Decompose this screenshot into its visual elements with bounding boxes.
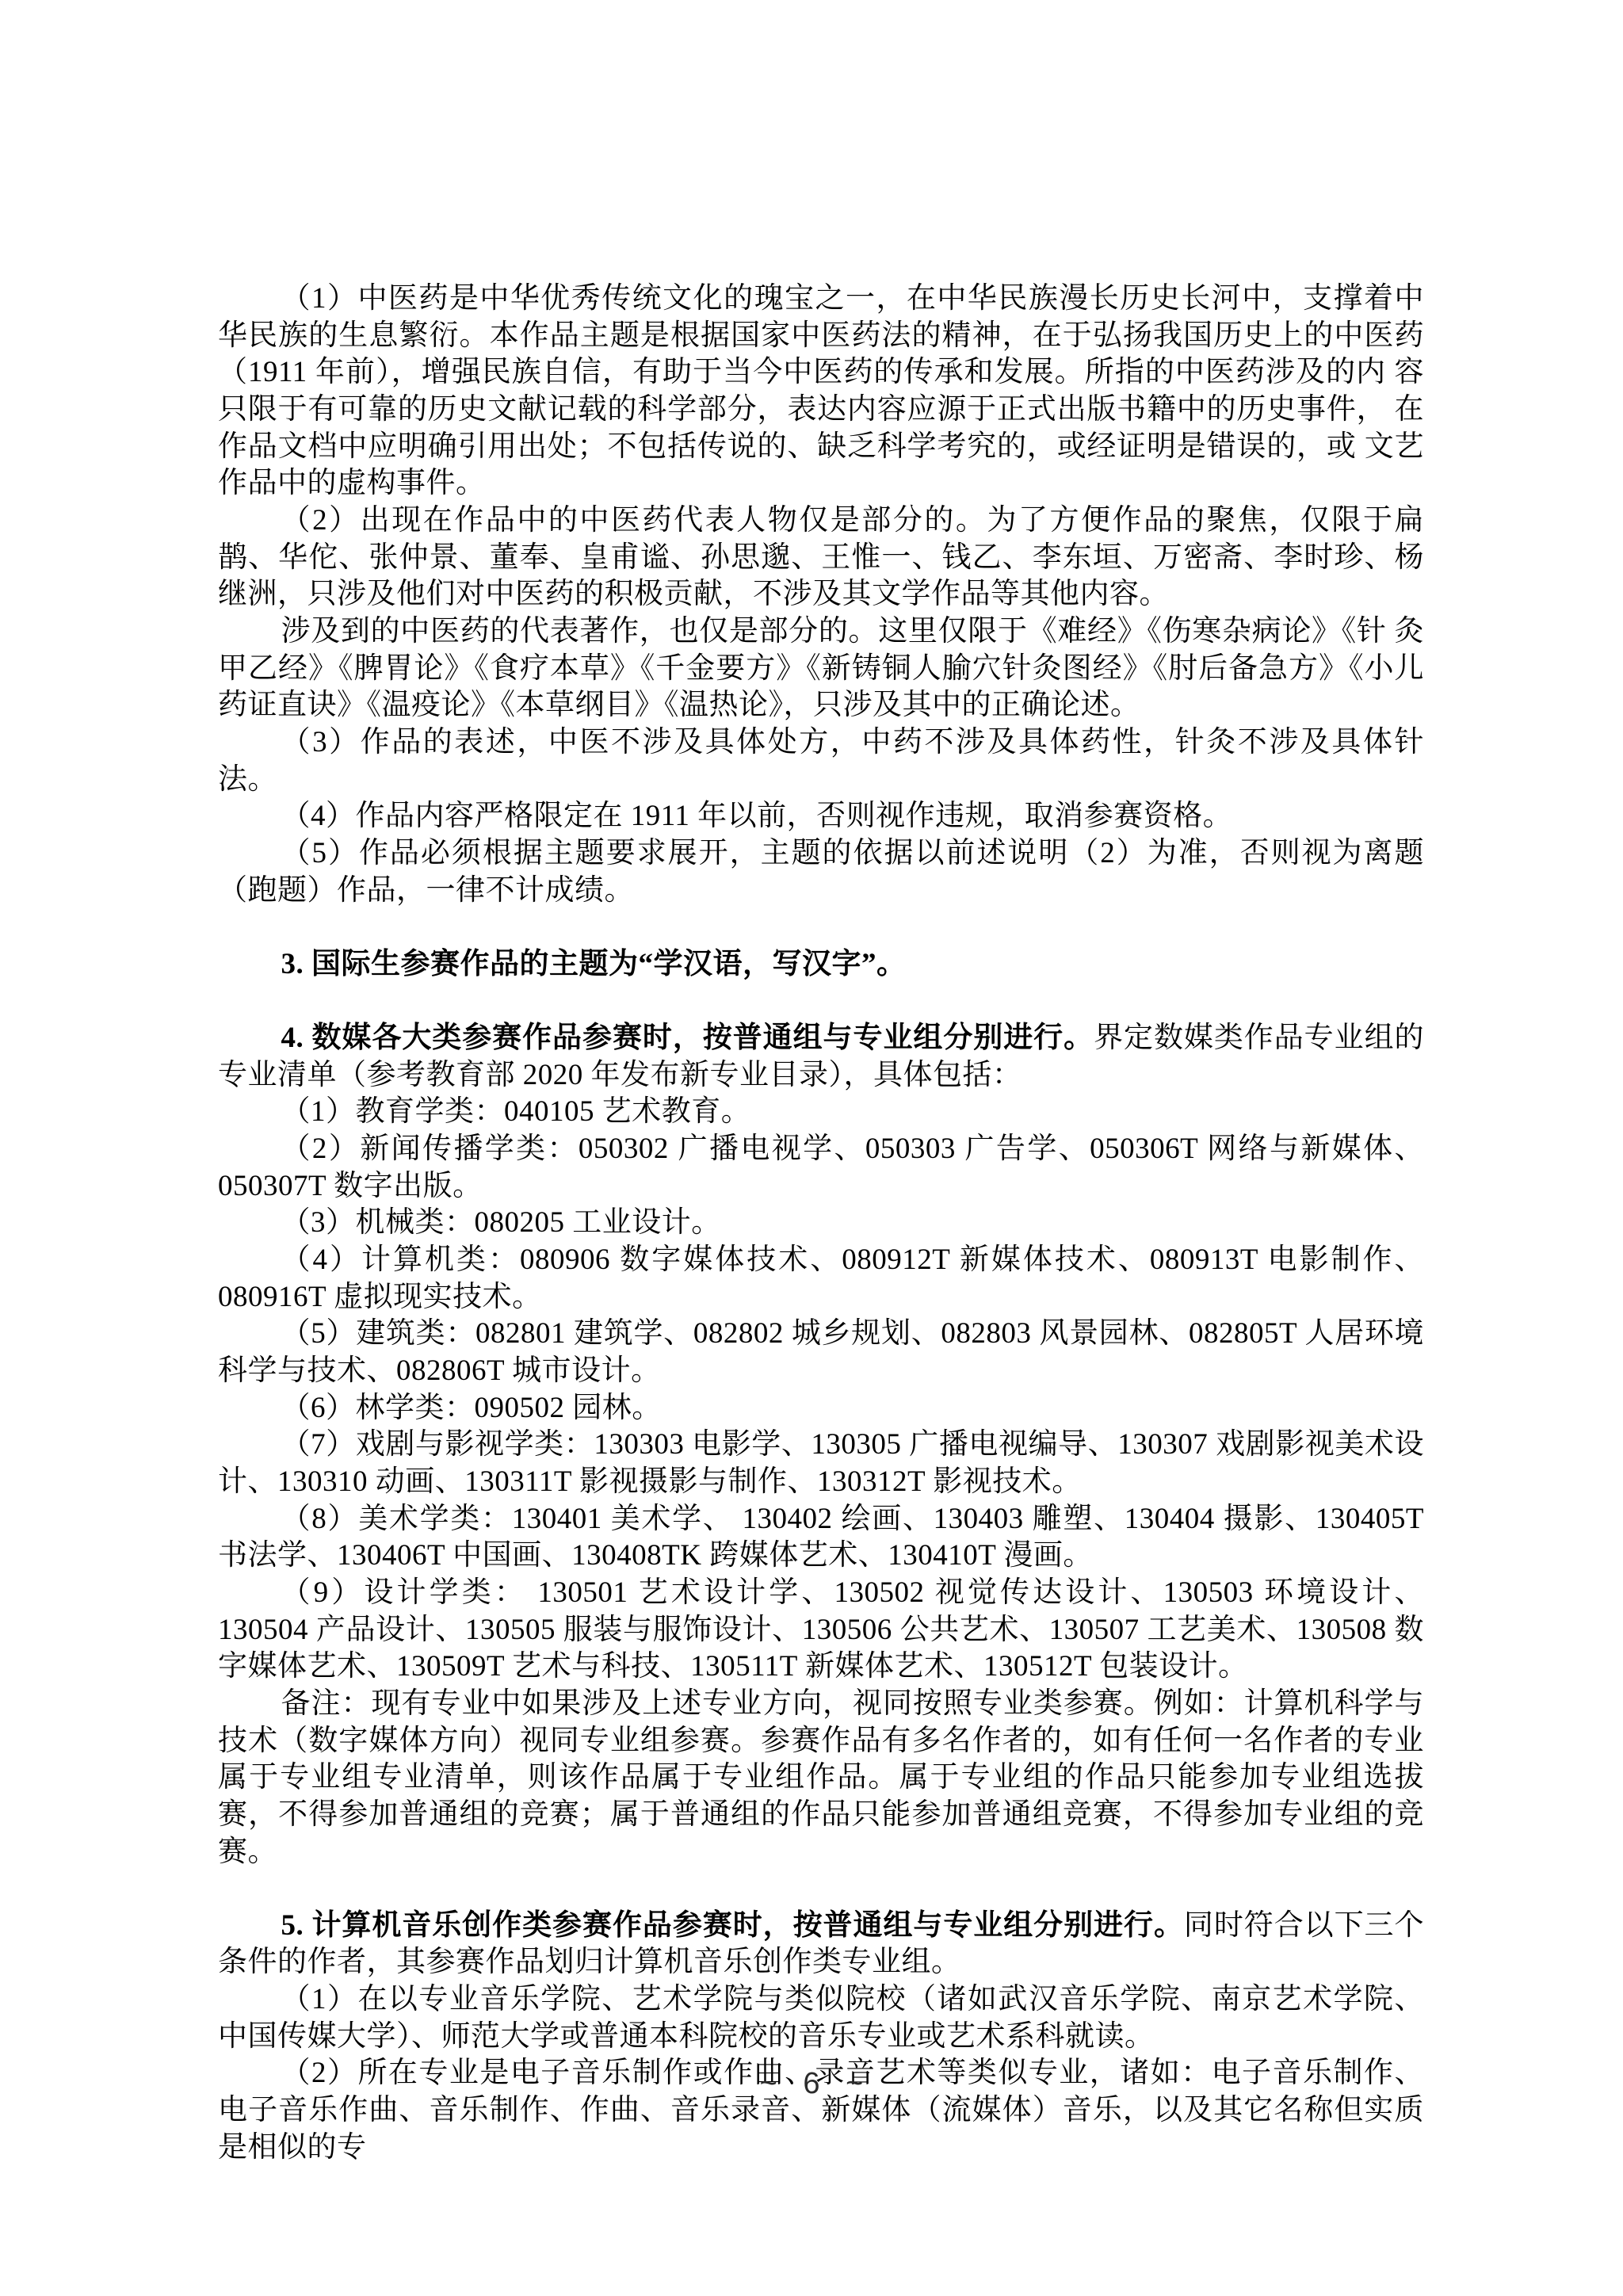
paragraph: （2）出现在作品中的中医药代表人物仅是部分的。为了方便作品的聚焦，仅限于扁鹊、华… bbox=[218, 502, 1424, 613]
paragraph-text: 涉及到的中医药的代表著作，也仅是部分的。这里仅限于《难经》《伤寒杂病论》《针 灸… bbox=[218, 615, 1424, 721]
paragraph: （4）计算机类：080906 数字媒体技术、080912T 新媒体技术、0809… bbox=[218, 1242, 1424, 1316]
paragraph: 5. 计算机音乐创作类参赛作品参赛时，按普通组与专业组分别进行。同时符合以下三个… bbox=[218, 1908, 1424, 1981]
page-number: ~ 6 ~ bbox=[760, 2067, 864, 2100]
paragraph: （3）作品的表述，中医不涉及具体处方，中药不涉及具体药性，针灸不涉及具体针法。 bbox=[218, 724, 1424, 798]
paragraph-text: （2）出现在作品中的中医药代表人物仅是部分的。为了方便作品的聚焦，仅限于扁鹊、华… bbox=[218, 504, 1424, 610]
paragraph-text: （7）戏剧与影视学类：130303 电影学、130305 广播电视编导、1303… bbox=[218, 1428, 1424, 1498]
paragraph-text: （3）作品的表述，中医不涉及具体处方，中药不涉及具体药性，针灸不涉及具体针法。 bbox=[218, 726, 1424, 796]
paragraph-bold-lead: 4. 数媒各大类参赛作品参赛时，按普通组与专业组分别进行。 bbox=[281, 1022, 1094, 1054]
paragraph-text: （8）美术学类：130401 美术学、 130402 绘画、130403 雕塑、… bbox=[218, 1503, 1424, 1572]
paragraph: （1）教育学类：040105 艺术教育。 bbox=[218, 1094, 1424, 1131]
paragraph: 3. 国际生参赛作品的主题为“学汉语，写汉字”。 bbox=[218, 946, 1424, 984]
paragraph: （1）在以专业音乐学院、艺术学院与类似院校（诸如武汉音乐学院、南京艺术学院、中国… bbox=[218, 1981, 1424, 2055]
paragraph: （2）新闻传播学类：050302 广播电视学、050303 广告学、050306… bbox=[218, 1131, 1424, 1205]
paragraph-text: （5）建筑类：082801 建筑学、082802 城乡规划、082803 风景园… bbox=[218, 1317, 1424, 1387]
document-body: （1）中医药是中华优秀传统文化的瑰宝之一，在中华民族漫长历史长河中，支撑着中华民… bbox=[218, 281, 1424, 2166]
paragraph: （8）美术学类：130401 美术学、 130402 绘画、130403 雕塑、… bbox=[218, 1501, 1424, 1575]
paragraph-text: （3）机械类：080205 工业设计。 bbox=[281, 1206, 721, 1239]
paragraph: （7）戏剧与影视学类：130303 电影学、130305 广播电视编导、1303… bbox=[218, 1427, 1424, 1500]
document-page: （1）中医药是中华优秀传统文化的瑰宝之一，在中华民族漫长历史长河中，支撑着中华民… bbox=[0, 0, 1623, 2296]
page-footer: ~ 6 ~ bbox=[0, 2067, 1623, 2101]
paragraph: 备注：现有专业中如果涉及上述专业方向，视同按照专业类参赛。例如：计算机科学与技术… bbox=[218, 1686, 1424, 1870]
paragraph-text: （6）林学类：090502 园林。 bbox=[281, 1392, 662, 1424]
paragraph: （9）设计学类： 130501 艺术设计学、130502 视觉传达设计、1305… bbox=[218, 1575, 1424, 1686]
paragraph-bold-lead: 3. 国际生参赛作品的主题为“学汉语，写汉字”。 bbox=[281, 948, 907, 980]
paragraph: （3）机械类：080205 工业设计。 bbox=[218, 1205, 1424, 1242]
paragraph: （5）建筑类：082801 建筑学、082802 城乡规划、082803 风景园… bbox=[218, 1316, 1424, 1389]
paragraph-text: 备注：现有专业中如果涉及上述专业方向，视同按照专业类参赛。例如：计算机科学与技术… bbox=[218, 1687, 1424, 1868]
paragraph: （5）作品必须根据主题要求展开，主题的依据以前述说明（2）为准，否则视为离题 （… bbox=[218, 835, 1424, 909]
paragraph-text: （1）在以专业音乐学院、艺术学院与类似院校（诸如武汉音乐学院、南京艺术学院、中国… bbox=[218, 1983, 1424, 2053]
paragraph-text: （2）新闻传播学类：050302 广播电视学、050303 广告学、050306… bbox=[218, 1133, 1424, 1202]
paragraph-text: （4）作品内容严格限定在 1911 年以前，否则视作违规，取消参赛资格。 bbox=[281, 800, 1233, 832]
paragraph: 4. 数媒各大类参赛作品参赛时，按普通组与专业组分别进行。界定数媒类作品专业组的… bbox=[218, 1020, 1424, 1094]
paragraph-text: （9）设计学类： 130501 艺术设计学、130502 视觉传达设计、1305… bbox=[218, 1576, 1424, 1683]
paragraph: （4）作品内容严格限定在 1911 年以前，否则视作违规，取消参赛资格。 bbox=[218, 798, 1424, 835]
paragraph-bold-lead: 5. 计算机音乐创作类参赛作品参赛时，按普通组与专业组分别进行。 bbox=[281, 1909, 1184, 1942]
paragraph-text: （1）中医药是中华优秀传统文化的瑰宝之一，在中华民族漫长历史长河中，支撑着中华民… bbox=[218, 282, 1424, 499]
paragraph: 涉及到的中医药的代表著作，也仅是部分的。这里仅限于《难经》《伤寒杂病论》《针 灸… bbox=[218, 613, 1424, 724]
paragraph: （1）中医药是中华优秀传统文化的瑰宝之一，在中华民族漫长历史长河中，支撑着中华民… bbox=[218, 281, 1424, 502]
paragraph-text: （5）作品必须根据主题要求展开，主题的依据以前述说明（2）为准，否则视为离题 （… bbox=[218, 837, 1424, 907]
paragraph-text: （4）计算机类：080906 数字媒体技术、080912T 新媒体技术、0809… bbox=[218, 1244, 1424, 1313]
paragraph-text: （1）教育学类：040105 艺术教育。 bbox=[281, 1095, 751, 1128]
paragraph: （6）林学类：090502 园林。 bbox=[218, 1390, 1424, 1427]
